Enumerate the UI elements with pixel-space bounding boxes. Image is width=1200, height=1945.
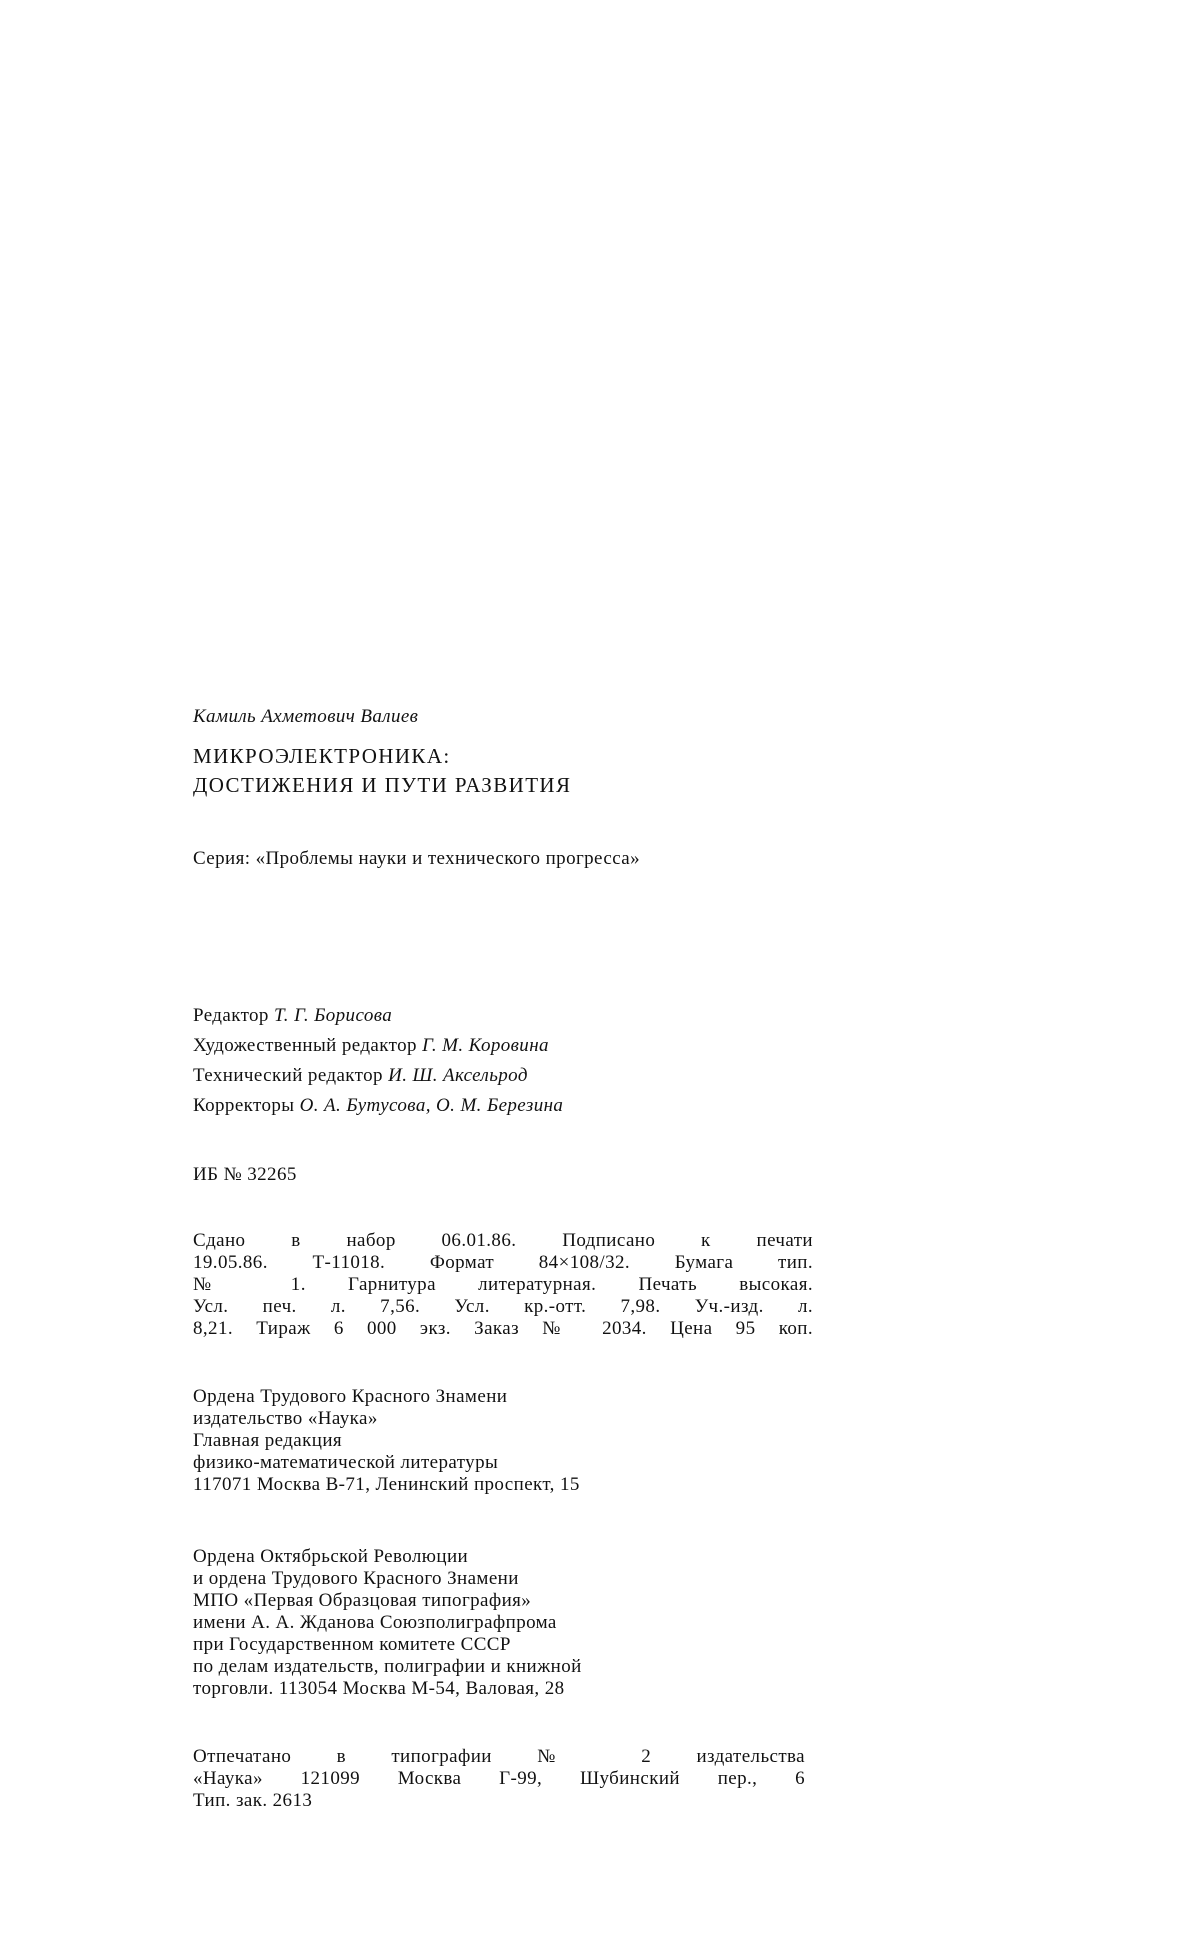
printer-line: МПО «Первая Образцовая типография» [193,1590,531,1612]
printer-line: Ордена Октябрьской Революции [193,1546,468,1568]
publisher-line: Ордена Трудового Красного Знамени [193,1386,507,1408]
printed-at-order: Тип. зак. 2613 [193,1790,312,1812]
print-info-line: 8,21. Тираж 6 000 экз. Заказ № 2034. Цен… [193,1318,813,1340]
credit-role: Художественный редактор [193,1035,417,1056]
printer-line: и ордена Трудового Красного Знамени [193,1568,519,1590]
credit-person: Т. Г. Борисова [274,1005,392,1026]
printer-line: при Государственном комитете СССР [193,1634,511,1656]
printer-line: имени А. А. Жданова Союзполиграфпрома [193,1612,557,1634]
ib-number: ИБ № 32265 [193,1164,297,1186]
printer-address: торговли. 113054 Москва М-54, Валовая, 2… [193,1678,565,1700]
credit-tech-editor: Технический редактор И. Ш. Аксельрод [193,1065,528,1087]
book-title-line-1: МИКРОЭЛЕКТРОНИКА: [193,742,451,770]
printed-at-line: «Наука» 121099 Москва Г-99, Шубинский пе… [193,1768,805,1790]
credit-person: И. Ш. Аксельрод [388,1065,528,1086]
credit-person: О. А. Бутусова, О. М. Березина [300,1095,564,1116]
credit-art-editor: Художественный редактор Г. М. Коровина [193,1035,549,1057]
print-info-line: 19.05.86. Т-11018. Формат 84×108/32. Бум… [193,1252,813,1274]
publisher-line: физико-математической литературы [193,1452,498,1474]
credit-editor: Редактор Т. Г. Борисова [193,1005,392,1027]
publisher-address: 117071 Москва В-71, Ленинский проспект, … [193,1474,580,1496]
publisher-line: издательство «Наука» [193,1408,378,1430]
credit-role: Технический редактор [193,1065,383,1086]
printer-line: по делам издательств, полиграфии и книжн… [193,1656,582,1678]
print-info-line: Сдано в набор 06.01.86. Подписано к печа… [193,1230,813,1252]
printed-at-line: Отпечатано в типографии № 2 издательства [193,1746,805,1768]
print-info-line: № 1. Гарнитура литературная. Печать высо… [193,1274,813,1296]
publisher-line: Главная редакция [193,1430,342,1452]
book-title-line-2: ДОСТИЖЕНИЯ И ПУТИ РАЗВИТИЯ [193,771,571,799]
credit-proofreaders: Корректоры О. А. Бутусова, О. М. Березин… [193,1095,563,1117]
print-info-line: Усл. печ. л. 7,56. Усл. кр.-отт. 7,98. У… [193,1296,813,1318]
credit-role: Редактор [193,1005,269,1026]
series-name: Серия: «Проблемы науки и технического пр… [193,848,640,870]
credit-person: Г. М. Коровина [422,1035,549,1056]
author-name: Камиль Ахметович Валиев [193,706,418,728]
credit-role: Корректоры [193,1095,294,1116]
